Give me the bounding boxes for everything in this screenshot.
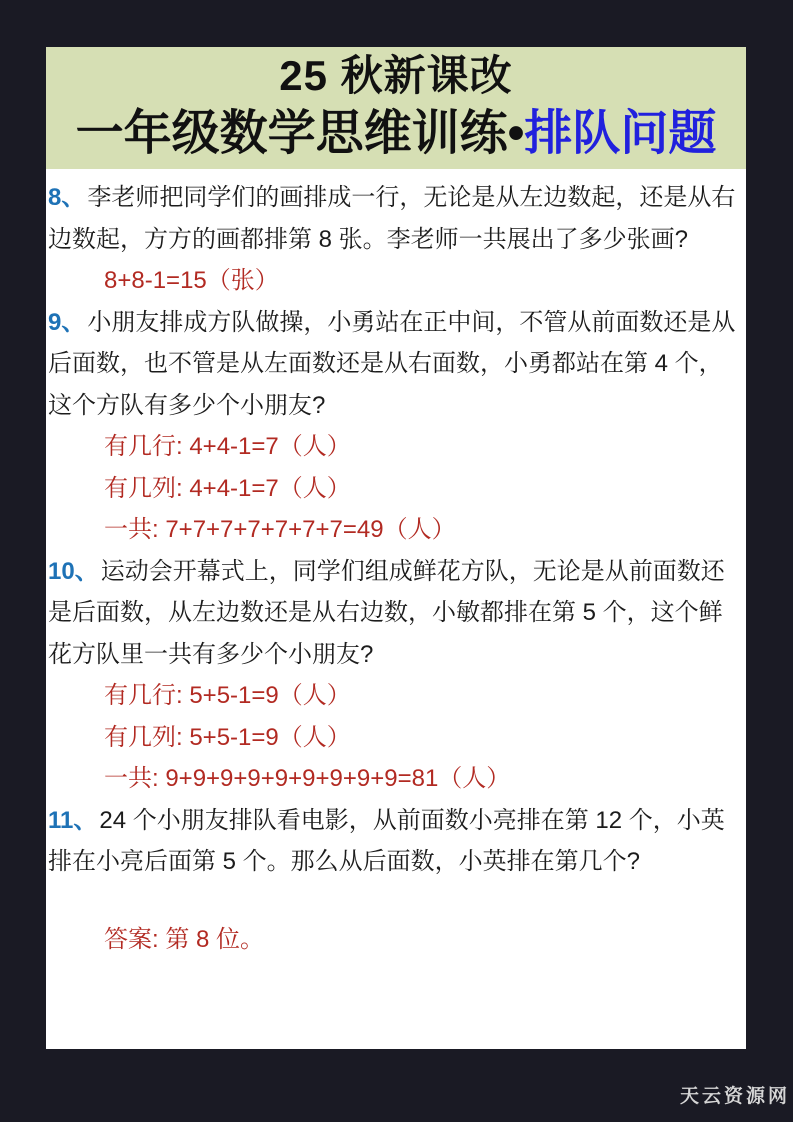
problem-10-line-3: 花方队里一共有多少个小朋友?: [48, 634, 744, 676]
problem-9-answer-3: 一共: 7+7+7+7+7+7+7=49（人）: [48, 509, 744, 551]
problem-9-answer-1: 有几行: 4+4-1=7（人）: [48, 426, 744, 468]
problem-8-line-1: 8、李老师把同学们的画排成一行，无论是从左边数起，还是从右: [48, 177, 744, 219]
problem-9-line-1: 9、小朋友排成方队做操，小勇站在正中间，不管从前面数还是从: [48, 302, 744, 344]
title-topic-highlight: 排队问题: [524, 107, 716, 160]
problem-11-line-2: 排在小亮后面第 5 个。那么从后面数，小英排在第几个?: [48, 841, 744, 883]
problem-8-line-2: 边数起，方方的画都排第 8 张。李老师一共展出了多少张画?: [48, 219, 744, 261]
problem-10-line-2: 是后面数，从左边数还是从右边数，小敏都排在第 5 个，这个鲜: [48, 592, 744, 634]
problem-10-answer-2: 有几列: 5+5-1=9（人）: [48, 717, 744, 759]
problem-10-line-1: 10、运动会开幕式上，同学们组成鲜花方队，无论是从前面数还: [48, 551, 744, 593]
problem-11-final-answer: 答案: 第 8 位。: [48, 919, 744, 961]
problem-9-number: 9、: [48, 309, 85, 336]
problem-8-answer-1: 8+8-1=15（张）: [48, 260, 744, 302]
problem-9-line-3: 这个方队有多少个小朋友?: [48, 385, 744, 427]
problem-11-number: 11、: [48, 807, 97, 834]
problem-10-number: 10、: [48, 558, 99, 585]
problem-10-answer-3: 一共: 9+9+9+9+9+9+9+9+9=81（人）: [48, 758, 744, 800]
worksheet-body: 8、李老师把同学们的画排成一行，无论是从左边数起，还是从右 边数起，方方的画都排…: [46, 169, 746, 960]
problem-9-line-2: 后面数，也不管是从左面数还是从右面数，小勇都站在第 4 个，: [48, 343, 744, 385]
problem-11-line-1: 11、24 个小朋友排队看电影，从前面数小亮排在第 12 个，小英: [48, 800, 744, 842]
watermark-text: 天云资源网: [680, 1081, 790, 1108]
problem-11-text-1: 24 个小朋友排队看电影，从前面数小亮排在第 12 个，小英: [99, 807, 724, 834]
problem-8-number: 8、: [48, 184, 85, 211]
title-line-1: 25 秋新课改: [46, 49, 746, 103]
problem-8-text-1: 李老师把同学们的画排成一行，无论是从左边数起，还是从右: [87, 184, 735, 211]
problem-9-answer-2: 有几列: 4+4-1=7（人）: [48, 468, 744, 510]
worksheet-page: 25 秋新课改 一年级数学思维训练•排队问题 8、李老师把同学们的画排成一行，无…: [46, 47, 746, 1049]
title-line-2-black: 一年级数学思维训练•: [76, 107, 525, 160]
title-line-2: 一年级数学思维训练•排队问题: [46, 103, 746, 165]
problem-10-answer-1: 有几行: 5+5-1=9（人）: [48, 675, 744, 717]
problem-9-text-1: 小朋友排成方队做操，小勇站在正中间，不管从前面数还是从: [87, 309, 735, 336]
problem-10-text-1: 运动会开幕式上，同学们组成鲜花方队，无论是从前面数还: [101, 558, 725, 585]
worksheet-header: 25 秋新课改 一年级数学思维训练•排队问题: [46, 47, 746, 169]
